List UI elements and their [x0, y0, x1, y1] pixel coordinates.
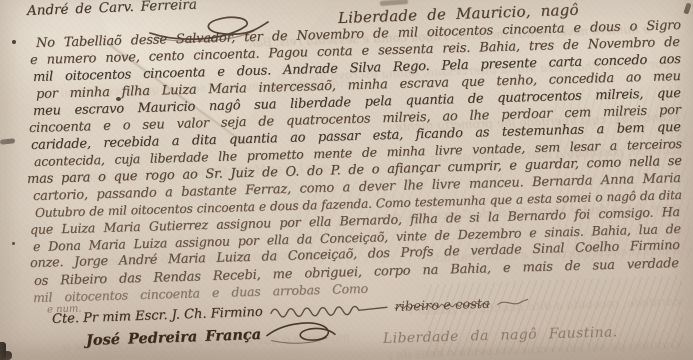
ink-tick-top-right: [683, 2, 691, 14]
ink-speck: [12, 40, 16, 44]
ink-smudge-left-edge: [0, 138, 15, 145]
rubric-loop-icon: [265, 317, 338, 347]
ink-mark-bottom-left-corner: [0, 342, 6, 360]
witness-flourish-icon: [496, 295, 530, 310]
witness-signature: ribeiro e costa: [394, 296, 490, 314]
pen-squiggle-flourish-icon: [268, 299, 388, 319]
ink-speck: [12, 242, 15, 245]
ink-mark-bottom-left-corner-2: [0, 351, 12, 360]
notary-signature-bottom: José Pedreira França: [86, 325, 262, 348]
manuscript-page: e numero nove, cento cincoenta. Pagou co…: [0, 0, 693, 360]
ink-mark-top-edge: [380, 0, 408, 6]
next-record-heading: Liberdade da nagô Faustina.: [383, 324, 618, 347]
